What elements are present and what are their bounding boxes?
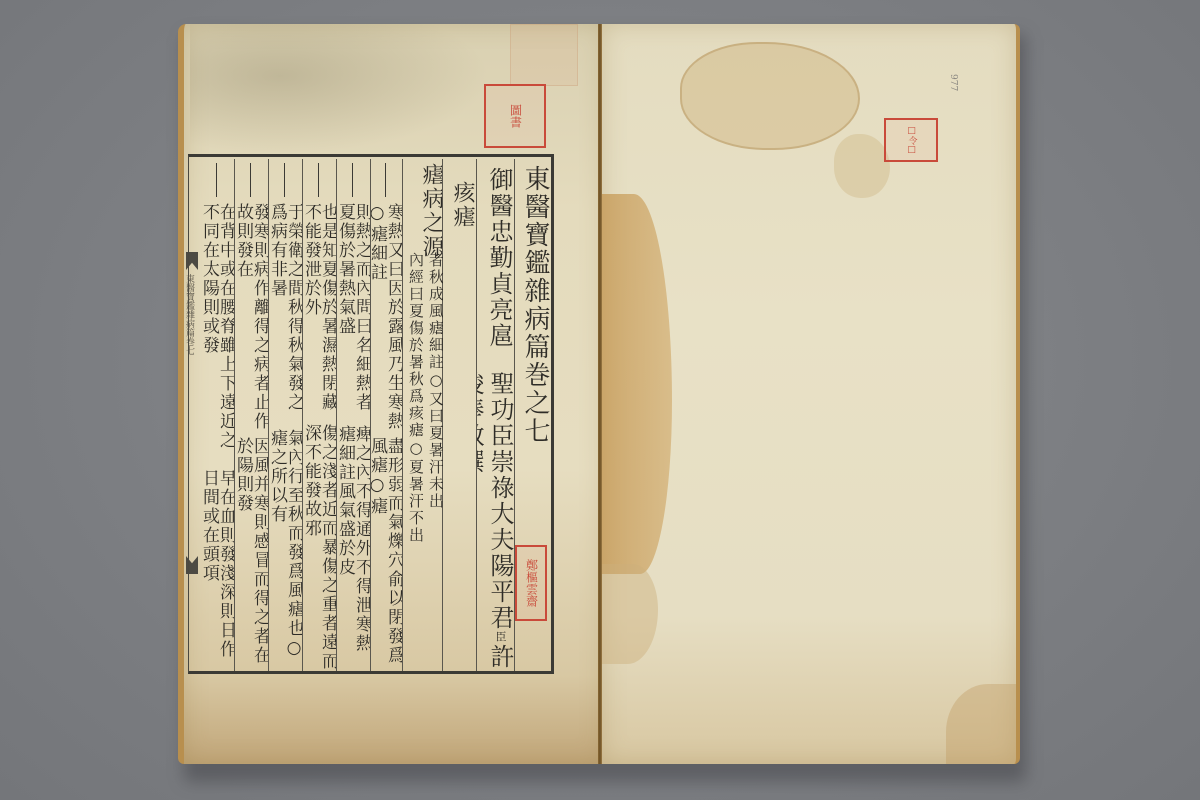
text-frame: 東醫寶鑑雜病篇巻之七 御醫忠勤貞亮扈 聖功臣崇祿大夫陽平君臣許浚奉教撰 鄭樞雲齋… [188, 154, 554, 674]
page-grime [190, 24, 490, 154]
water-stain-top [680, 42, 860, 150]
right-page: □令□ 977 [602, 24, 1020, 764]
author-title: 御醫忠勤貞亮扈 [485, 167, 513, 349]
text-column-1a: 內經曰夏傷於暑秋爲痎瘧○夏暑汗不出 [403, 252, 423, 671]
author-column-lower: 聖功臣崇祿大夫陽平君臣許浚奉教撰 [477, 367, 515, 671]
author-rank: 聖功臣崇祿大夫陽平君 [486, 371, 514, 631]
catalog-stamp: □令□ [884, 118, 938, 162]
water-stain-lower [602, 564, 658, 664]
text-column-7: 早在血則發淺深則日作日間或在頭項在背中或在腰脊雖上下遠近之不同在太陽則或發 [200, 159, 235, 671]
author-compiled: 教撰 [477, 423, 484, 475]
subsection-heading: 瘧病之源 [419, 163, 443, 259]
left-page: 圖書 東醫寶鑑雜病篇巻七 東醫寶鑑雜病篇巻之七 御醫忠勤貞亮扈 聖功臣崇祿大夫陽… [178, 24, 604, 764]
text-column-2: 盡形弱而氣爍穴俞以閉發爲風瘧○瘧寒熱又曰因於露風乃生寒熱○瘧細註 [370, 159, 403, 671]
open-book: 圖書 東醫寶鑑雜病篇巻七 東醫寶鑑雜病篇巻之七 御醫忠勤貞亮扈 聖功臣崇祿大夫陽… [178, 24, 1020, 772]
column-rule [216, 163, 217, 197]
pencil-note: 977 [948, 74, 958, 91]
column-rule [352, 163, 353, 197]
column-rule [385, 163, 386, 197]
column-rule [318, 163, 319, 197]
column-rule [250, 163, 251, 197]
text-column-4: 傷之淺者近而暴傷之重者遠而深不能發故邪也是知夏傷於暑濕熱閉藏不能發泄於外 [302, 159, 337, 671]
column-rule [284, 163, 285, 197]
section-heading: 痎瘧 [442, 159, 477, 671]
text-column-5: 氣內行至秋而發爲風瘧也○瘧之所以有于榮衛之間秋得秋氣發之爲病有非暑 [268, 159, 303, 671]
collector-seal: 鄭樞雲齋 [515, 545, 547, 621]
water-stain-small [834, 134, 890, 198]
library-seal: 圖書 [484, 84, 546, 148]
text-column-1b: 者秋成風瘧細註○又曰夏暑汗未出 [423, 252, 443, 671]
water-stain-spine [602, 194, 672, 574]
text-column-6: 因風并寒則感冒而得之者在於陽則發發寒則病作離得之病者止作故則發在 [234, 159, 269, 671]
text-column-3: 痺之內不得通外不得泄寒熱瘧細註風氣盛於皮則熱之而內問曰名細熱者夏傷於暑熱氣盛 [336, 159, 371, 671]
water-stain-corner [946, 684, 1016, 764]
faded-seal-impression [510, 24, 578, 86]
author-subject-mark: 臣 [494, 631, 507, 644]
